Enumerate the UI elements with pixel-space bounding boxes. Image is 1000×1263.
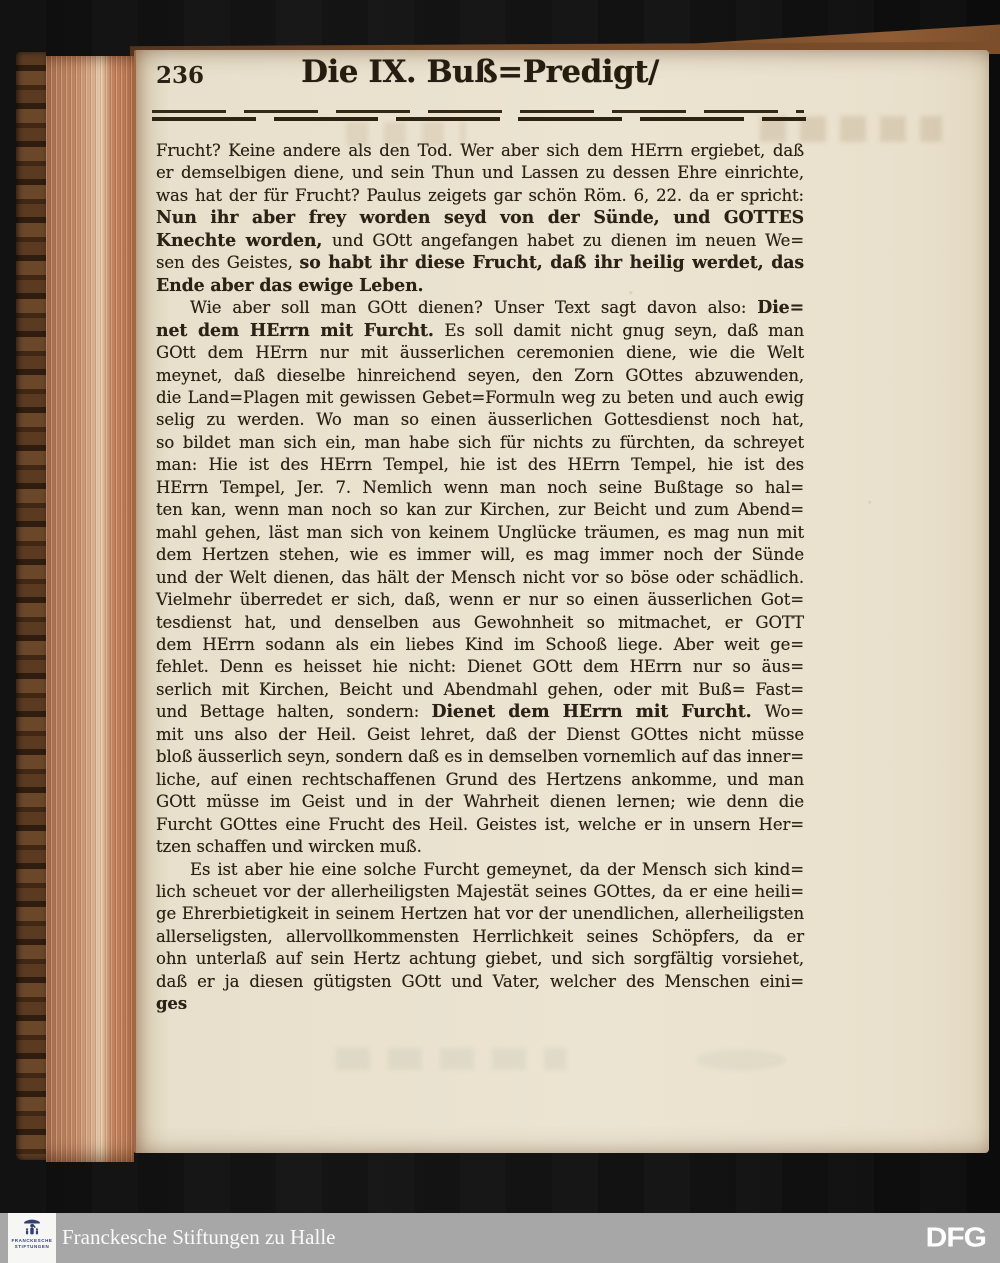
body-text-segment: tesdienst hat, und denselben aus Gewohnh… [156, 613, 804, 632]
text-line: selig zu werden. Wo man so einen äusserl… [156, 409, 804, 431]
text-line: Es ist aber hie eine solche Furcht gemey… [156, 859, 804, 881]
body-text-segment: bloß äusserlich seyn, sondern daß es in … [156, 747, 804, 766]
body-text-segment: mahl gehen, läst man sich von keinem Ung… [156, 523, 804, 542]
text-line: ten kan, wenn man noch so kan zur Kirche… [156, 499, 804, 521]
text-line: so bildet man sich ein, man habe sich fü… [156, 432, 804, 454]
text-line: dem Hertzen stehen, wie es immer will, e… [156, 544, 804, 566]
body-text-segment: ten kan, wenn man noch so kan zur Kirche… [156, 500, 804, 519]
body-text-segment: daß er ja diesen gütigsten GOtt und Vate… [156, 972, 804, 991]
body-text-segment: fehlet. Denn es heisset hie nicht: Diene… [156, 657, 804, 676]
text-line: fehlet. Denn es heisset hie nicht: Diene… [156, 656, 804, 678]
body-text-segment: dem Hertzen stehen, wie es immer will, e… [156, 545, 804, 564]
body-text-segment: GOtt dem HErrn nur mit äusserlichen cere… [156, 343, 804, 362]
text-line: sen des Geistes, so habt ihr diese Fruch… [156, 252, 804, 274]
text-line: GOtt dem HErrn nur mit äusserlichen cere… [156, 342, 804, 364]
text-line: ge Ehrerbietigkeit in seinem Hertzen hat… [156, 903, 804, 925]
body-text-segment: Es ist aber hie eine solche Furcht gemey… [190, 860, 804, 879]
francke-canopy-figure-icon [21, 1216, 43, 1238]
body-text-segment: die Land=Plagen mit gewissen Gebet=Formu… [156, 388, 804, 407]
text-line: was hat der für Frucht? Paulus zeigets g… [156, 185, 804, 207]
body-text-segment: sen des Geistes, [156, 253, 300, 272]
header-rule-bottom [152, 117, 806, 121]
text-line: lich scheuet vor der allerheiligsten Maj… [156, 881, 804, 903]
body-text-segment: Vielmehr überredet er sich, daß, wenn er… [156, 590, 804, 609]
text-line: man: Hie ist des HErrn Tempel, hie ist d… [156, 454, 804, 476]
body-text: Frucht? Keine andere als den Tod. Wer ab… [156, 140, 804, 1016]
emphasized-text: so habt ihr diese Frucht, daß ihr heilig… [300, 253, 804, 273]
body-text-segment: Es soll damit nicht gnug seyn, daß man [445, 321, 804, 340]
text-line: mahl gehen, läst man sich von keinem Ung… [156, 522, 804, 544]
body-text-segment: Wie aber soll man GOtt dienen? Unser Tex… [190, 298, 757, 317]
body-text-segment: allerseligsten, allervollkommensten Herr… [156, 927, 804, 946]
text-line: serlich mit Kirchen, Beicht und Abendmah… [156, 679, 804, 701]
text-line: liche, auf einen rechtschaffenen Grund d… [156, 769, 804, 791]
body-text-segment: und GOtt angefangen habet zu dienen im n… [332, 231, 804, 250]
body-text-segment: serlich mit Kirchen, Beicht und Abendmah… [156, 680, 804, 699]
text-line: mit uns also der Heil. Geist lehret, daß… [156, 724, 804, 746]
institution-name: Franckesche Stiftungen zu Halle [62, 1225, 336, 1250]
text-line: und der Welt dienen, das hält der Mensch… [156, 567, 804, 589]
text-line: die Land=Plagen mit gewissen Gebet=Formu… [156, 387, 804, 409]
text-line: er demselbigen diene, und sein Thun und … [156, 162, 804, 184]
show-through-mark [696, 1050, 786, 1070]
body-text-segment: lich scheuet vor der allerheiligsten Maj… [156, 882, 804, 901]
text-line: Vielmehr überredet er sich, daß, wenn er… [156, 589, 804, 611]
book-spine-leather [16, 52, 46, 1160]
emphasized-text: net dem HErrn mit Furcht. [156, 321, 445, 341]
body-text-segment: tzen schaffen und wircken muß. [156, 837, 422, 856]
institution-logo[interactable]: FRANCKESCHE STIFTUNGEN [8, 1213, 56, 1263]
header-rule-top [152, 110, 804, 113]
body-text-segment: selig zu werden. Wo man so einen äusserl… [156, 410, 804, 429]
body-text-segment: Furcht GOttes eine Frucht des Heil. Geis… [156, 815, 804, 834]
emphasized-text: Nun ihr aber frey worden seyd von der Sü… [156, 208, 804, 228]
body-text-segment: Frucht? Keine andere als den Tod. Wer ab… [156, 141, 804, 160]
text-line: und Bettage halten, sondern: Dienet dem … [156, 701, 804, 723]
text-line: Ende aber das ewige Leben. [156, 275, 804, 297]
text-line: Frucht? Keine andere als den Tod. Wer ab… [156, 140, 804, 162]
text-line: Nun ihr aber frey worden seyd von der Sü… [156, 207, 804, 229]
body-text-segment: er demselbigen diene, und sein Thun und … [156, 163, 804, 182]
scan-viewer: 236 Die IX. Buß=Predigt/ Frucht? Keine a… [0, 0, 1000, 1263]
show-through-mark [336, 1048, 566, 1070]
body-text-segment: mit uns also der Heil. Geist lehret, daß… [156, 725, 804, 744]
body-text-segment: und der Welt dienen, das hält der Mensch… [156, 568, 804, 587]
body-text-segment: ge Ehrerbietigkeit in seinem Hertzen hat… [156, 904, 804, 923]
text-line: GOtt müsse im Geist und in der Wahrheit … [156, 791, 804, 813]
body-text-segment: man: Hie ist des HErrn Tempel, hie ist d… [156, 455, 804, 474]
body-text-segment: so bildet man sich ein, man habe sich fü… [156, 433, 804, 452]
text-line: dem HErrn sodann als ein liebes Kind im … [156, 634, 804, 656]
text-line: HErrn Tempel, Jer. 7. Nemlich wenn man n… [156, 477, 804, 499]
page-header: Die IX. Buß=Predigt/ [156, 54, 804, 90]
emphasized-text: Dienet dem HErrn mit Furcht. [432, 702, 765, 722]
text-line: Knechte worden, und GOtt angefangen habe… [156, 230, 804, 252]
book-fore-edge-pages [46, 56, 134, 1162]
text-line: daß er ja diesen gütigsten GOtt und Vate… [156, 971, 804, 993]
body-text-segment: dem HErrn sodann als ein liebes Kind im … [156, 635, 804, 654]
dfg-logo[interactable]: DFG [926, 1222, 986, 1253]
text-line: allerseligsten, allervollkommensten Herr… [156, 926, 804, 948]
body-text-segment: HErrn Tempel, Jer. 7. Nemlich wenn man n… [156, 478, 804, 497]
text-line: bloß äusserlich seyn, sondern daß es in … [156, 746, 804, 768]
text-line: Wie aber soll man GOtt dienen? Unser Tex… [156, 297, 804, 319]
catchword: ges [156, 993, 804, 1015]
body-text-segment: GOtt müsse im Geist und in der Wahrheit … [156, 792, 804, 811]
body-text-segment: liche, auf einen rechtschaffenen Grund d… [156, 770, 804, 789]
institution-logo-line1: FRANCKESCHE [11, 1238, 52, 1244]
text-line: meynet, daß dieselbe hinreichend seyen, … [156, 365, 804, 387]
body-text-segment: was hat der für Frucht? Paulus zeigets g… [156, 186, 804, 205]
text-line: net dem HErrn mit Furcht. Es soll damit … [156, 320, 804, 342]
text-line: Furcht GOttes eine Frucht des Heil. Geis… [156, 814, 804, 836]
body-text-segment: ohn unterlaß auf sein Hertz achtung gieb… [156, 949, 804, 968]
body-text-segment: und Bettage halten, sondern: [156, 702, 432, 721]
institution-logo-line2: STIFTUNGEN [11, 1244, 52, 1250]
emphasized-text: Knechte worden, [156, 231, 332, 251]
body-text-segment: meynet, daß dieselbe hinreichend seyen, … [156, 366, 804, 385]
emphasized-text: Ende aber das ewige Leben. [156, 276, 423, 296]
text-line: tesdienst hat, und denselben aus Gewohnh… [156, 612, 804, 634]
emphasized-text: Die= [757, 298, 804, 318]
body-text-segment: Wo= [765, 702, 804, 721]
text-line: tzen schaffen und wircken muß. [156, 836, 804, 858]
text-line: ohn unterlaß auf sein Hertz achtung gieb… [156, 948, 804, 970]
footer-bar: FRANCKESCHE STIFTUNGEN Franckesche Stift… [0, 1213, 1000, 1263]
